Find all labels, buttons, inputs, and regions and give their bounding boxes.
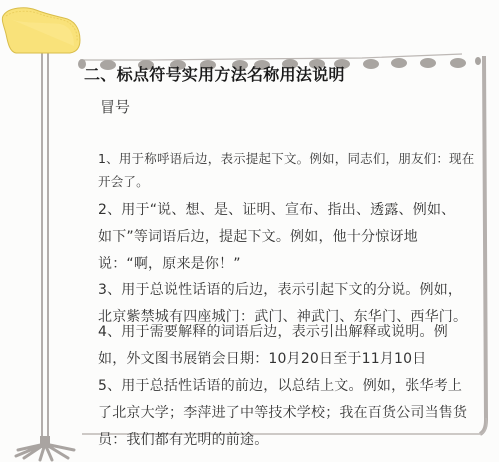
paragraph-4: 4、用于需要解释的词语后边，表示引出解释或说明。例 如，外文图书展销会日期：10… bbox=[98, 319, 482, 373]
paragraph-line: 4、用于需要解释的词语后边，表示引出解释或说明。例 bbox=[98, 319, 482, 346]
lamp-pole bbox=[40, 48, 50, 448]
paragraph-line: 2、用于“说、想、是、证明、宣布、指出、透露、例如、 bbox=[98, 197, 482, 224]
paragraph-line: 如，外文图书展销会日期：10月20日至于11月10日 bbox=[98, 346, 482, 373]
paragraph-line: 了北京大学；李萍进了中等技术学校；我在百货公司当售货 bbox=[98, 400, 482, 427]
paragraph-line: 开会了。 bbox=[98, 170, 482, 193]
page-title: 二、标点符号实用方法名称用法说明 bbox=[84, 62, 345, 85]
paragraph-1: 1、用于称呼语后边，表示提起下文。例如，同志们，朋友们：现在 开会了。 bbox=[98, 147, 482, 193]
paragraph-line: 5、用于总括性话语的前边，以总结上文。例如，张华考上 bbox=[98, 373, 482, 400]
notepad-scene: 二、标点符号实用方法名称用法说明 冒号 1、用于称呼语后边，表示提起下文。例如，… bbox=[0, 0, 499, 462]
paragraph-line: 如下”等词语后边，提起下文。例如，他十分惊讶地 bbox=[98, 224, 482, 251]
paragraph-5: 5、用于总括性话语的前边，以总结上文。例如，张华考上 了北京大学；李萍进了中等技… bbox=[98, 373, 482, 454]
section-subtitle: 冒号 bbox=[100, 96, 130, 117]
paragraph-line: 员：我们都有光明的前途。 bbox=[98, 427, 482, 454]
paragraph-line: 1、用于称呼语后边，表示提起下文。例如，同志们，朋友们：现在 bbox=[98, 147, 482, 170]
paragraph-line: 3、用于总说性话语的后边，表示引起下文的分说。例如， bbox=[98, 277, 482, 304]
paragraph-line: 说：“啊，原来是你！” bbox=[98, 251, 482, 278]
paragraph-2: 2、用于“说、想、是、证明、宣布、指出、透露、例如、 如下”等词语后边，提起下文… bbox=[98, 197, 482, 278]
